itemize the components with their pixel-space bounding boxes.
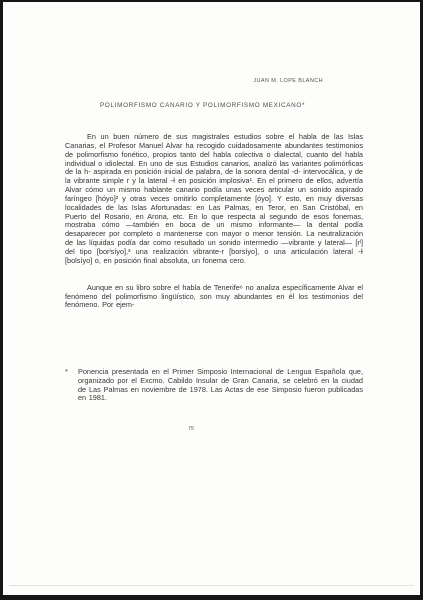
scan-artifact-line (9, 585, 414, 586)
page-title: POLIMORFISMO CANARIO Y POLIMORFISMO MEXI… (100, 102, 305, 109)
scanned-paper-page: JUAN M. LOPE BLANCH POLIMORFISMO CANARIO… (0, 0, 423, 600)
footnote-text: Ponencia presentada en el Primer Simposi… (78, 367, 363, 402)
author-line: JUAN M. LOPE BLANCH (223, 78, 323, 84)
page-number: 75 (181, 426, 201, 432)
body-paragraph: En un buen número de sus magistrales est… (65, 133, 363, 266)
body-paragraph: Aunque en su libro sobre el habla de Ten… (65, 284, 363, 311)
footnote-marker: * (65, 368, 78, 377)
body-text: En un buen número de sus magistrales est… (65, 133, 363, 310)
footnote: *Ponencia presentada en el Primer Simpos… (65, 368, 363, 403)
